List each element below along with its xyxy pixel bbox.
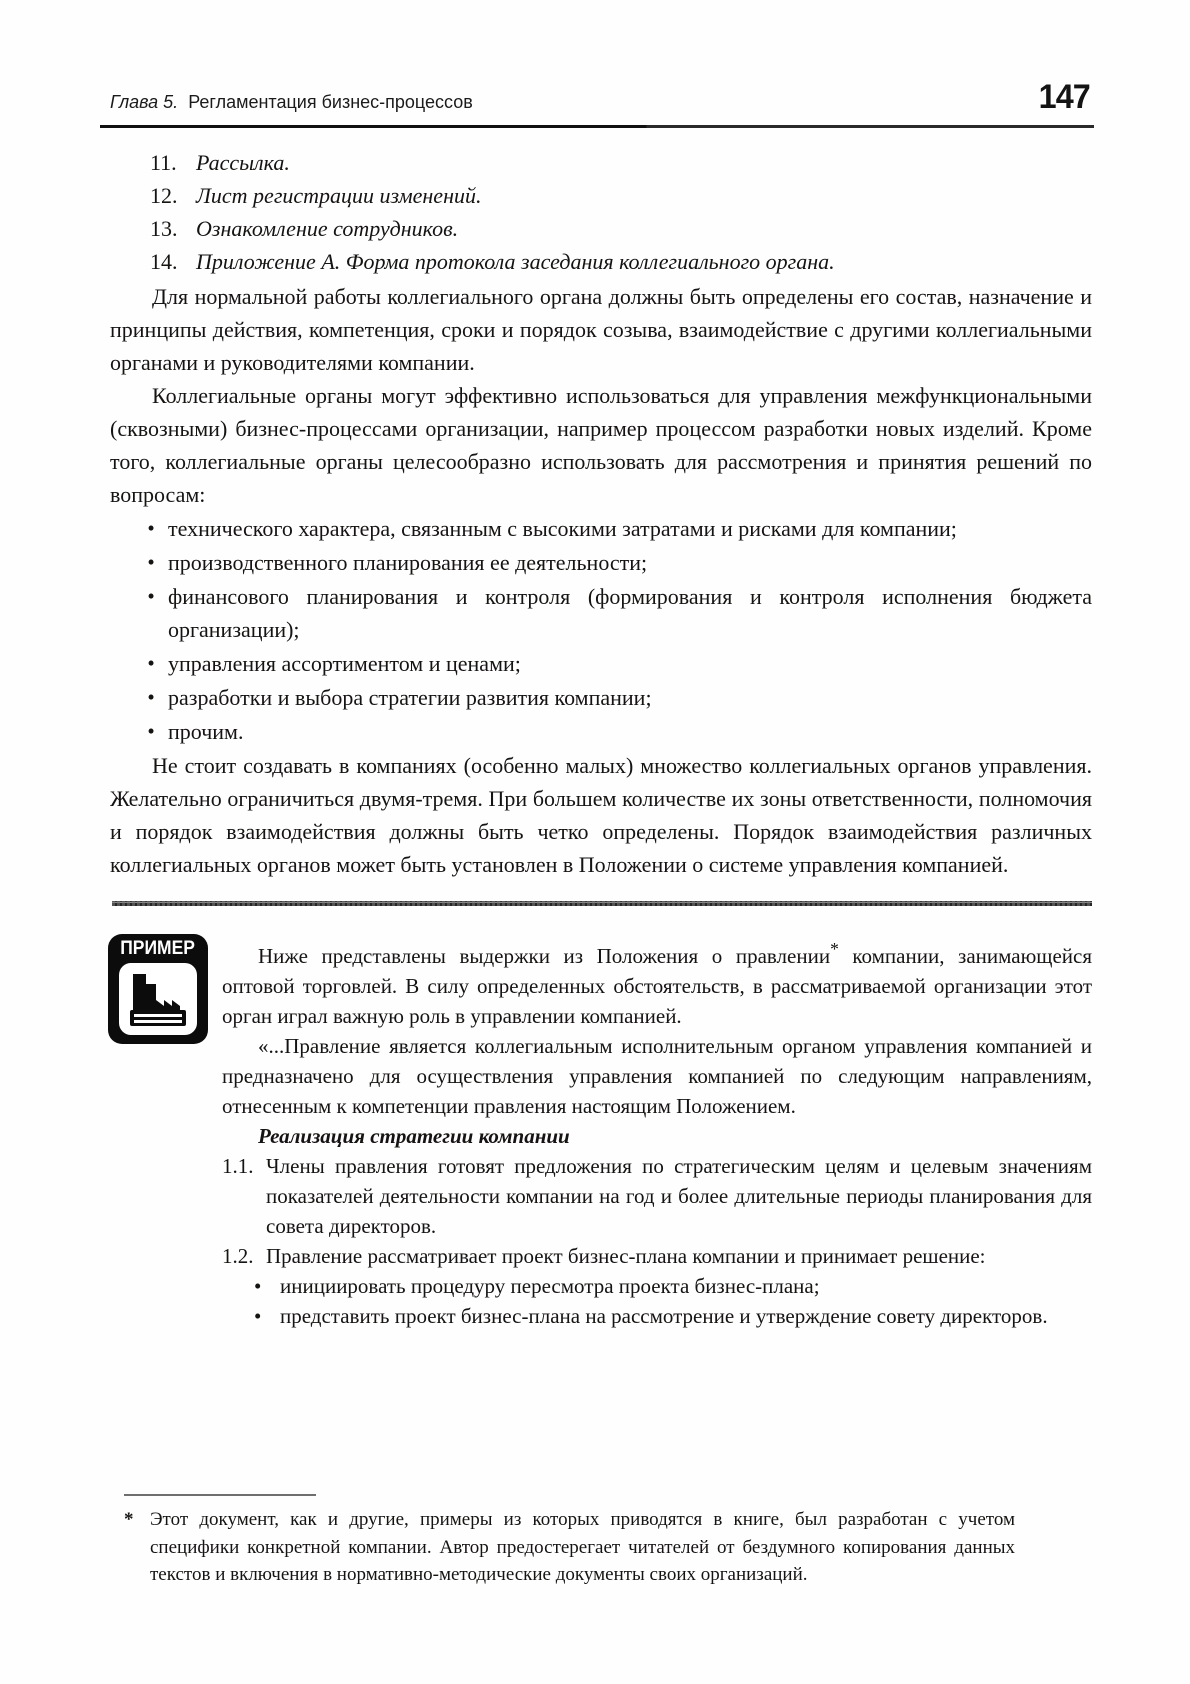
example-paragraph-text: Ниже представлены выдержки из Положения … bbox=[258, 944, 830, 968]
list-item: 13. Ознакомление сотрудников. bbox=[110, 212, 1092, 245]
paragraph: Не стоит создавать в компаниях (особенно… bbox=[110, 749, 1092, 881]
list-item: 14. Приложение А. Форма протокола заседа… bbox=[110, 245, 1092, 278]
bullet-text: инициировать процедуру пересмотра проект… bbox=[280, 1271, 1092, 1301]
running-head: Глава 5. Регламентация бизнес-процессов bbox=[110, 92, 1092, 113]
bullet-icon: • bbox=[134, 681, 168, 714]
example-numbered-item: 1.1. Члены правления готовят предложения… bbox=[222, 1151, 1092, 1241]
bullet-icon: • bbox=[134, 647, 168, 680]
paragraph: Для нормальной работы коллегиального орг… bbox=[110, 280, 1092, 379]
bullet-item: • прочим. bbox=[134, 715, 1092, 748]
section-divider bbox=[112, 901, 1092, 906]
list-item-text: Лист регистрации изменений. bbox=[196, 179, 481, 212]
list-item-number: 11. bbox=[150, 146, 196, 179]
bullet-text: финансового планирования и контроля (фор… bbox=[168, 580, 1092, 646]
list-item-number: 14. bbox=[150, 245, 196, 278]
example-badge: ПРИМЕР bbox=[108, 934, 208, 1044]
example-badge-label: ПРИМЕР bbox=[121, 937, 196, 961]
item-text: Члены правления готовят предложения по с… bbox=[266, 1151, 1092, 1241]
chapter-title: Регламентация бизнес-процессов bbox=[188, 92, 473, 113]
main-text-column: 11. Рассылка. 12. Лист регистрации измен… bbox=[110, 146, 1092, 1331]
example-text: Ниже представлены выдержки из Положения … bbox=[222, 934, 1092, 1331]
bullet-icon: • bbox=[254, 1271, 280, 1301]
list-item: 11. Рассылка. bbox=[110, 146, 1092, 179]
page-number: 147 bbox=[1039, 78, 1090, 117]
bullet-icon: • bbox=[134, 580, 168, 646]
example-block: ПРИМЕР Ниже представлены выдержки из Пол… bbox=[110, 934, 1092, 1331]
bullet-text: прочим. bbox=[168, 715, 1092, 748]
chapter-label: Глава 5. bbox=[110, 92, 178, 113]
footnote-marker: * bbox=[124, 1506, 150, 1589]
list-item-number: 12. bbox=[150, 179, 196, 212]
bullet-icon: • bbox=[134, 715, 168, 748]
item-text: Правление рассматривает проект бизнес-пл… bbox=[266, 1241, 1092, 1271]
bullet-item: • финансового планирования и контроля (ф… bbox=[134, 580, 1092, 646]
example-bullet-item: • инициировать процедуру пересмотра прое… bbox=[254, 1271, 1092, 1301]
bullet-text: разработки и выбора стратегии развития к… bbox=[168, 681, 1092, 714]
footnote-text: Этот документ, как и другие, примеры из … bbox=[150, 1506, 1015, 1589]
paragraph: Коллегиальные органы могут эффективно ис… bbox=[110, 379, 1092, 511]
footnote: * Этот документ, как и другие, примеры и… bbox=[110, 1494, 1015, 1589]
bullet-icon: • bbox=[134, 512, 168, 545]
list-item: 12. Лист регистрации изменений. bbox=[110, 179, 1092, 212]
list-item-text: Ознакомление сотрудников. bbox=[196, 212, 458, 245]
bullet-icon: • bbox=[134, 546, 168, 579]
header-rule bbox=[100, 125, 1094, 128]
bullet-icon: • bbox=[254, 1301, 280, 1331]
list-item-number: 13. bbox=[150, 212, 196, 245]
footnote-rule bbox=[124, 1494, 316, 1496]
factory-icon bbox=[119, 963, 197, 1035]
bullet-list: • технического характера, связанным с вы… bbox=[134, 512, 1092, 748]
bullet-text: управления ассортиментом и ценами; bbox=[168, 647, 1092, 680]
numbered-list: 11. Рассылка. 12. Лист регистрации измен… bbox=[110, 146, 1092, 278]
list-item-text: Рассылка. bbox=[196, 146, 290, 179]
example-bullet-item: • представить проект бизнес-плана на рас… bbox=[254, 1301, 1092, 1331]
footnote-reference: * bbox=[830, 939, 839, 959]
bullet-text: технического характера, связанным с высо… bbox=[168, 512, 1092, 545]
bullet-item: • управления ассортиментом и ценами; bbox=[134, 647, 1092, 680]
bullet-item: • производственного планирования ее деят… bbox=[134, 546, 1092, 579]
bullet-item: • технического характера, связанным с вы… bbox=[134, 512, 1092, 545]
example-paragraph: Ниже представлены выдержки из Положения … bbox=[222, 934, 1092, 1031]
item-number: 1.2. bbox=[222, 1241, 266, 1271]
bullet-text: представить проект бизнес-плана на рассм… bbox=[280, 1301, 1092, 1331]
list-item-text: Приложение А. Форма протокола заседания … bbox=[196, 245, 835, 278]
bullet-item: • разработки и выбора стратегии развития… bbox=[134, 681, 1092, 714]
item-number: 1.1. bbox=[222, 1151, 266, 1241]
bullet-text: производственного планирования ее деятел… bbox=[168, 546, 1092, 579]
book-page: Глава 5. Регламентация бизнес-процессов … bbox=[0, 0, 1190, 1684]
example-paragraph: «...Правление является коллегиальным исп… bbox=[222, 1031, 1092, 1121]
example-subheading: Реализация стратегии компании bbox=[258, 1121, 1092, 1151]
example-numbered-item: 1.2. Правление рассматривает проект бизн… bbox=[222, 1241, 1092, 1271]
